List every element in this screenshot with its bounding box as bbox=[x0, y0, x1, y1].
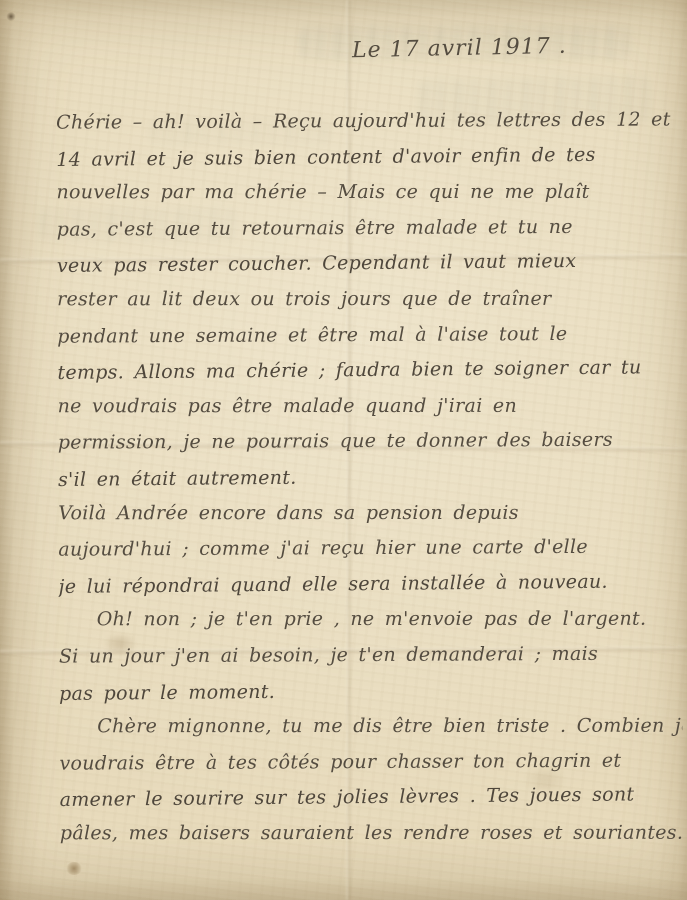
ink-stain bbox=[6, 12, 16, 21]
letter-line: 14 avril et je suis bien content d'avoir… bbox=[56, 137, 679, 179]
letter-date: Le 17 avril 1917 . bbox=[352, 34, 567, 63]
letter-line: veux pas rester coucher. Cependant il va… bbox=[57, 243, 680, 285]
letter-line: rester au lit deux ou trois jours que de… bbox=[57, 282, 680, 318]
letter-line: Chère mignonne, tu me dis être bien tris… bbox=[59, 709, 682, 745]
letter-line: Si un jour j'en ai besoin, je t'en deman… bbox=[59, 636, 682, 675]
letter-line: permission, je ne pourrais que te donner… bbox=[58, 423, 681, 462]
letter-line: nouvelles par ma chérie – Mais ce qui ne… bbox=[56, 175, 679, 211]
letter-line: aujourd'hui ; comme j'ai reçu hier une c… bbox=[58, 529, 681, 568]
ink-stain bbox=[66, 862, 82, 875]
letter-line: Chérie – ah! voilà – Reçu aujourd'hui te… bbox=[56, 102, 679, 141]
letter-line: temps. Allons ma chérie ; faudra bien te… bbox=[57, 350, 680, 392]
letter-line: je lui répondrai quand elle sera install… bbox=[58, 564, 681, 606]
letter-line: pendant une semaine et être mal à l'aise… bbox=[57, 316, 680, 355]
letter-line: amener le sourire sur tes jolies lèvres … bbox=[60, 777, 683, 819]
letter-line: ne voudrais pas être malade quand j'irai… bbox=[58, 388, 681, 424]
letter-line: Oh! non ; je t'en prie , ne m'envoie pas… bbox=[59, 602, 682, 638]
letter-line: Voilà Andrée encore dans sa pension depu… bbox=[58, 495, 681, 531]
letter-line: voudrais être à tes côtés pour chasser t… bbox=[59, 743, 682, 782]
letter-line: pâles, mes baisers sauraient les rendre … bbox=[60, 816, 683, 852]
letter-line: s'il en était autrement. bbox=[58, 457, 681, 499]
letter-body: Chérie – ah! voilà – Reçu aujourd'hui te… bbox=[56, 102, 683, 853]
letter-page: Le 17 avril 1917 . Chérie – ah! voilà – … bbox=[0, 0, 687, 900]
letter-line: pas, c'est que tu retournais être malade… bbox=[57, 209, 680, 248]
letter-line: pas pour le moment. bbox=[59, 671, 682, 713]
